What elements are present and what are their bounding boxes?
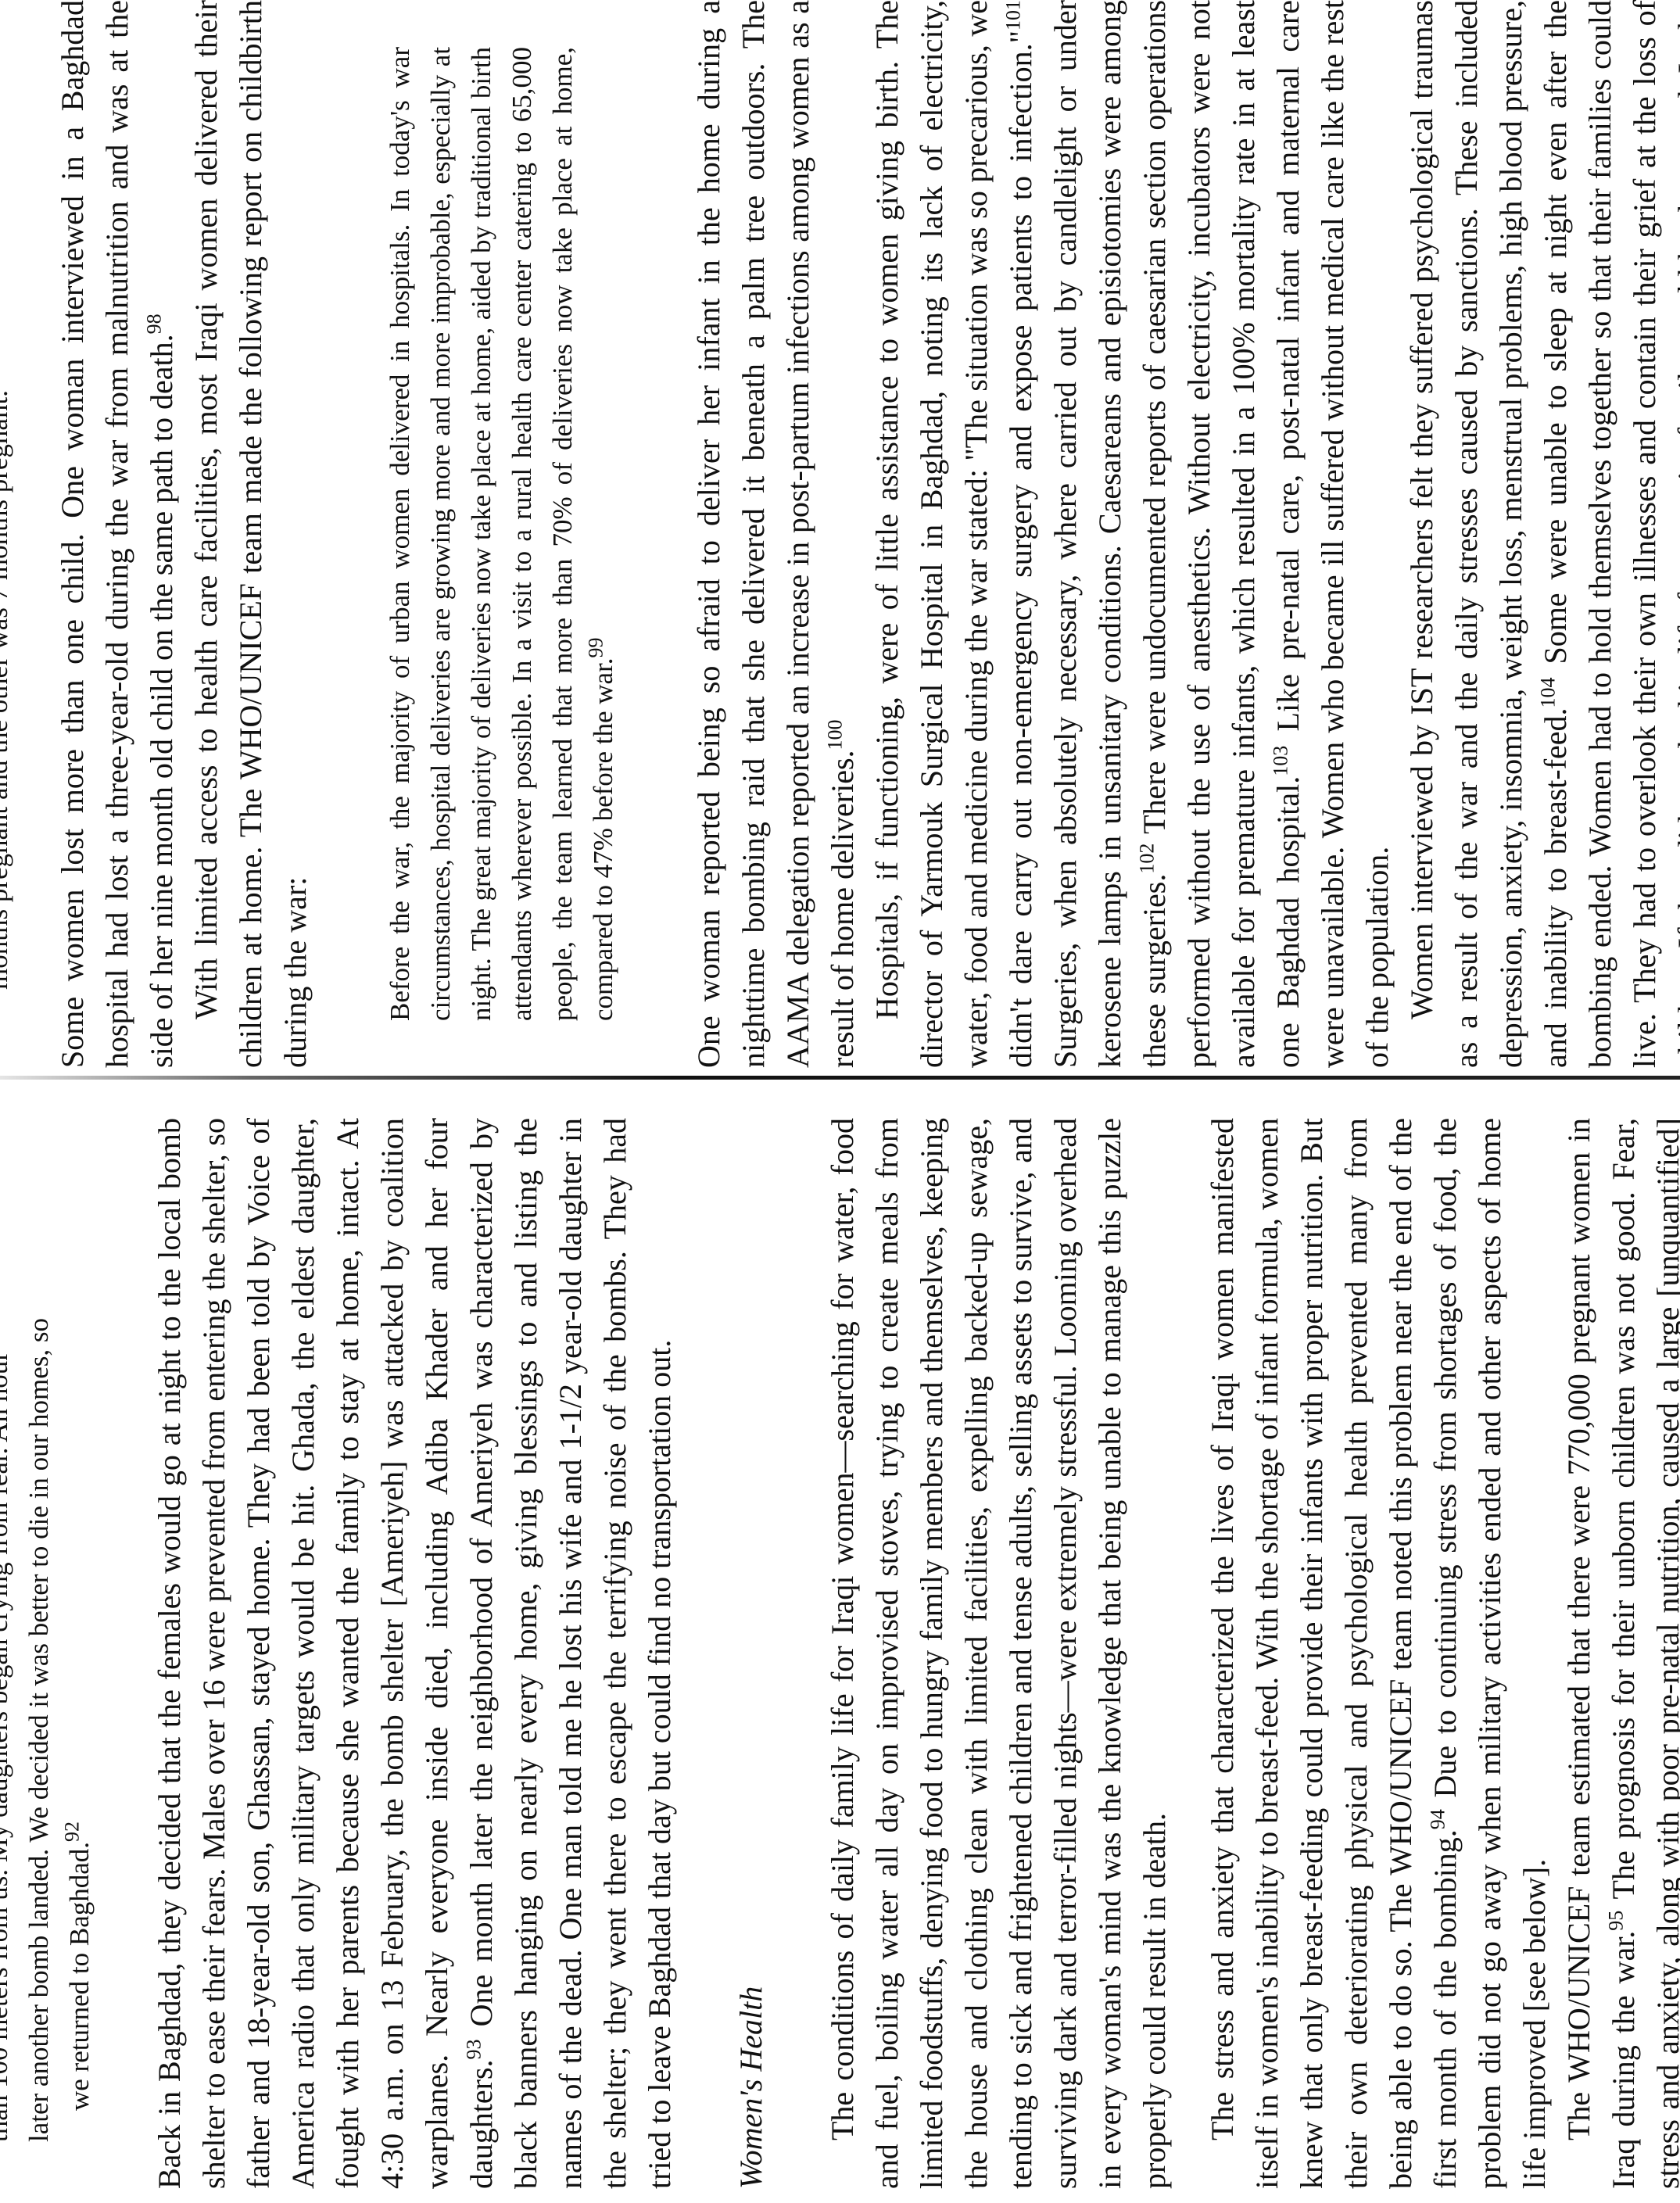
spacer <box>1177 1118 1200 2189</box>
left-column: than 100 meters from us. My daughters be… <box>0 1118 1680 2189</box>
page-fold-line <box>0 1076 1680 1080</box>
footnote-ref: 94 <box>1427 1809 1449 1829</box>
paragraph-back-in-baghdad: Back in Baghdad, they decided that the f… <box>147 1118 682 2189</box>
paragraph-one-woman: One woman reported being so afraid to de… <box>686 0 865 1068</box>
spacer <box>624 0 686 1068</box>
paragraph-some-women: Some women lost more than one child. One… <box>50 0 184 1068</box>
footnote-ref: 100 <box>824 719 847 750</box>
quote-tail: months pregnant and the other was 7 mont… <box>0 0 19 990</box>
quote-tail-line: months pregnant and the other was 7 mont… <box>0 0 19 990</box>
paragraph-conditions: The conditions of daily family life for … <box>820 1118 1177 2189</box>
section-heading-womens-health: Women's Health <box>729 1118 773 2189</box>
blockquote-before-war: Before the war, the majority of urban wo… <box>380 47 624 1021</box>
paragraph-limited-access: With limited access to health care facil… <box>184 0 317 1068</box>
quote-line-1: than 100 meters from us. My daughters be… <box>0 1118 19 2142</box>
footnote-ref: 98 <box>143 313 166 334</box>
footnote-ref: 92 <box>60 1822 83 1842</box>
quote-line-3: we returned to Baghdad.92 <box>59 1118 100 2142</box>
right-column: months pregnant and the other was 7 mont… <box>0 0 1680 1068</box>
spacer <box>19 0 50 1068</box>
spacer <box>773 1118 820 2189</box>
paragraph-hospitals: Hospitals, if functioning, were of littl… <box>865 0 1399 1068</box>
quote-line-2: later another bomb landed. We decided it… <box>19 1118 59 2142</box>
paragraph-stress: The stress and anxiety that characterize… <box>1200 1118 1556 2189</box>
rotated-book-page: than 100 meters from us. My daughters be… <box>0 0 1680 2203</box>
spacer <box>100 1118 147 2189</box>
footnote-ref: 93 <box>463 2039 485 2059</box>
quote-continuation: than 100 meters from us. My daughters be… <box>0 1118 100 2142</box>
spacer <box>682 1118 729 2189</box>
footnote-ref: 102 <box>1136 844 1159 874</box>
footnote-ref: 95 <box>1605 1911 1628 1931</box>
paragraph-who-unicef: The WHO/UNICEF team estimated that there… <box>1556 1118 1680 2189</box>
footnote-ref: 101 <box>1002 0 1025 30</box>
spacer <box>317 0 380 1068</box>
footnote-ref: 104 <box>1537 677 1560 707</box>
paragraph-women-interviewed: Women interviewed by IST researchers fel… <box>1399 0 1680 1068</box>
footnote-ref: 99 <box>584 637 607 657</box>
footnote-ref: 103 <box>1270 746 1292 776</box>
